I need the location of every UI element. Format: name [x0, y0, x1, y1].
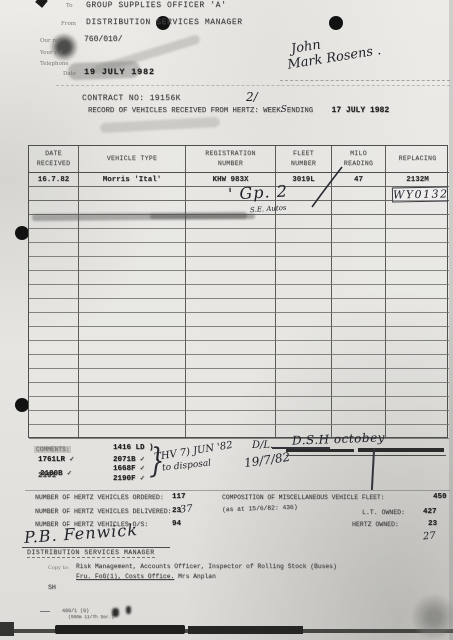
- table-cell: [276, 299, 332, 313]
- handwritten-signature-comments: D.S.H octobey: [292, 430, 385, 447]
- table-cell: [332, 327, 386, 341]
- table-cell: [276, 397, 332, 411]
- ink-smudge: [150, 214, 255, 219]
- delivered-label: NUMBER OF HERTZ VEHICLES DELIVERED:: [35, 508, 172, 515]
- table-cell: [276, 285, 332, 299]
- copies-line2-underlined: Fru. FoG(1), Costs Office.: [76, 573, 174, 580]
- header-cell: DATE RECEIVED: [29, 146, 79, 173]
- table-cell: [386, 299, 449, 313]
- hertz-owned-value: 23: [428, 520, 437, 528]
- table-cell: [386, 215, 449, 229]
- table-cell: [186, 243, 276, 257]
- table-cell: [186, 411, 276, 425]
- hertz-owned-label: HERTZ OWNED:: [352, 521, 399, 528]
- table-cell: [79, 397, 186, 411]
- table-cell: [29, 257, 79, 271]
- page-note-handwritten: 2/: [246, 90, 258, 104]
- table-row: [29, 369, 447, 383]
- your-ref-label: Your ref: [40, 50, 62, 56]
- table-cell: 2132M: [386, 173, 449, 187]
- strikethrough: [358, 448, 444, 452]
- composition-value: 450: [433, 493, 447, 501]
- table-cell: [332, 215, 386, 229]
- scan-edge: [188, 626, 303, 634]
- manager-title: DISTRIBUTION SERVICES MANAGER: [27, 549, 155, 558]
- table-row: [29, 299, 447, 313]
- table-cell: [186, 425, 276, 439]
- table-cell: [332, 313, 386, 327]
- copies-label: Copy to:: [48, 565, 69, 571]
- table-cell: [186, 355, 276, 369]
- handwritten-tick: [308, 163, 350, 211]
- table-cell: [79, 257, 186, 271]
- from-value: DISTRIBUTION SERVICES MANAGER: [86, 18, 243, 27]
- from-label: From: [61, 21, 76, 27]
- hole-punch: [15, 398, 29, 412]
- scanned-document: To GROUP SUPPLIES OFFICER 'A' From DISTR…: [0, 0, 453, 640]
- table-cell: [276, 243, 332, 257]
- table-cell: [79, 355, 186, 369]
- lt-owned-label: L.T. OWNED:: [362, 509, 405, 516]
- table-cell: [276, 383, 332, 397]
- table-row: [29, 383, 447, 397]
- table-row: [29, 397, 447, 411]
- lt-owned-value: 427: [423, 508, 437, 516]
- divider: [56, 85, 450, 86]
- table-cell: [79, 327, 186, 341]
- table-cell: [79, 299, 186, 313]
- scan-edge: [55, 625, 185, 634]
- to-label: To: [66, 3, 73, 9]
- table-cell: [29, 397, 79, 411]
- table-cell: [386, 243, 449, 257]
- table-cell: [79, 187, 186, 201]
- table-cell: 16.7.82: [29, 173, 79, 187]
- table-cell: [276, 369, 332, 383]
- comment-item: 1416 LD ): [113, 444, 154, 452]
- table-cell: [332, 229, 386, 243]
- table-cell: [79, 271, 186, 285]
- table-row: [29, 327, 447, 341]
- table-row: [29, 411, 447, 425]
- hole-punch: [329, 16, 343, 30]
- scan-smudge: [412, 594, 453, 640]
- table-cell: [332, 383, 386, 397]
- table-cell: [29, 285, 79, 299]
- table-cell: [386, 327, 449, 341]
- header-cell: REPLACING: [386, 146, 449, 173]
- hole-punch: [15, 226, 29, 240]
- table-cell: [186, 257, 276, 271]
- table-cell: [186, 313, 276, 327]
- table-cell: [29, 229, 79, 243]
- copies-initials: SH: [48, 584, 56, 591]
- table-row: [29, 257, 447, 271]
- table-cell: [332, 355, 386, 369]
- table-cell: [386, 369, 449, 383]
- comment-item: 1761LR ✓: [38, 454, 74, 464]
- contract-line: CONTRACT NO: 19156K: [82, 94, 181, 103]
- record-prefix: RECORD OF VEHICLES RECEIVED FROM HERTZ: …: [88, 107, 281, 115]
- table-cell: [186, 271, 276, 285]
- comments-label: COMMENTS:: [34, 446, 71, 453]
- table-cell: [29, 411, 79, 425]
- table-cell: [332, 411, 386, 425]
- print-note: (500m 11/7h Ser.): [68, 615, 114, 620]
- table-cell: [332, 243, 386, 257]
- header-cell: REGISTRATION NUMBER: [186, 146, 276, 173]
- table-cell: [332, 257, 386, 271]
- table-cell: [276, 313, 332, 327]
- strikethrough: [286, 455, 446, 456]
- table-cell: [186, 299, 276, 313]
- table-row: [29, 243, 447, 257]
- table-row: [29, 229, 447, 243]
- table-cell: [29, 341, 79, 355]
- as-at-note: (as at 15/6/82: 436): [222, 504, 298, 514]
- table-cell: [79, 243, 186, 257]
- handwritten-name: John Mark Rosens .: [290, 29, 382, 72]
- table-row: [29, 355, 447, 369]
- table-cell: [29, 187, 79, 201]
- ink-dot: [126, 606, 131, 614]
- table-cell: [79, 341, 186, 355]
- handwritten-dl: D/L.: [252, 440, 273, 451]
- table-cell: [276, 341, 332, 355]
- table-cell: [386, 397, 449, 411]
- handwritten-group: ' Gp. 2: [228, 181, 289, 203]
- table-cell: [29, 313, 79, 327]
- copies-line2-rest: Mrs Anplan: [174, 573, 216, 580]
- table-cell: [386, 313, 449, 327]
- table-cell: [29, 299, 79, 313]
- to-value: GROUP SUPPLIES OFFICER 'A': [86, 1, 226, 10]
- table-cell: [386, 355, 449, 369]
- corner-mark: [35, 0, 48, 8]
- table-cell: [276, 257, 332, 271]
- divider: [25, 490, 450, 491]
- date-value: 19 JULY 1982: [84, 67, 155, 77]
- table-cell: [29, 369, 79, 383]
- table-cell: [276, 327, 332, 341]
- table-cell: [386, 411, 449, 425]
- ink-dot: [112, 608, 119, 617]
- table-cell: [79, 229, 186, 243]
- table-cell: [79, 425, 186, 439]
- table-cell: [276, 215, 332, 229]
- signature-underline: [22, 547, 170, 548]
- handwritten-date: 19/7/82: [243, 450, 291, 470]
- table-cell: [276, 271, 332, 285]
- table-cell: [186, 341, 276, 355]
- table-cell: [386, 257, 449, 271]
- table-cell: [386, 271, 449, 285]
- table-cell: [332, 369, 386, 383]
- comment-item: 2190F ✓: [113, 473, 145, 483]
- table-row: [29, 341, 447, 355]
- delivered-handwritten-correction: 37: [179, 503, 193, 515]
- table-cell: [386, 425, 449, 439]
- table-cell: [332, 271, 386, 285]
- composition-label: COMPOSITION OF MISCELLANEOUS VEHICLE FLE…: [222, 494, 385, 501]
- table-cell: [386, 201, 449, 215]
- strikethrough: [286, 449, 354, 452]
- telephone-label: Telephone: [40, 61, 69, 67]
- header-cell: VEHICLE TYPE: [79, 146, 186, 173]
- record-ending: ENDING: [287, 107, 313, 115]
- table-cell: [332, 341, 386, 355]
- table-cell: [332, 397, 386, 411]
- copies-line2: Fru. FoG(1), Costs Office. Mrs Anplan: [76, 573, 216, 580]
- ordered-value: 117: [172, 493, 186, 501]
- table-row: [29, 285, 447, 299]
- record-date: 17 JULY 1982: [332, 106, 390, 115]
- comment-item: 1668F ✓: [113, 463, 145, 473]
- table-cell: [29, 383, 79, 397]
- table-cell: [332, 285, 386, 299]
- form-number: 480/1 (9): [62, 608, 89, 614]
- table-cell: [29, 355, 79, 369]
- table-cell: [276, 355, 332, 369]
- table-cell: [186, 229, 276, 243]
- table-cell: [386, 229, 449, 243]
- table-header-row: DATE RECEIVEDVEHICLE TYPEREGISTRATION NU…: [29, 146, 447, 173]
- ink-smudge: [100, 117, 220, 133]
- table-cell: [276, 411, 332, 425]
- scan-edge: [0, 622, 14, 636]
- footer-dash: [40, 611, 50, 612]
- table-cell: [186, 369, 276, 383]
- our-ref-value: 760/010/: [84, 35, 122, 44]
- table-cell: [79, 411, 186, 425]
- scan-edge: [449, 0, 453, 640]
- date-label: Date: [63, 71, 76, 77]
- table-cell: [29, 327, 79, 341]
- table-cell: [79, 383, 186, 397]
- table-cell: [186, 383, 276, 397]
- handwritten-replacing: WY0132: [392, 187, 448, 203]
- divider: [280, 80, 450, 81]
- table-cell: [276, 229, 332, 243]
- table-cell: Morris 'Ital': [79, 173, 186, 187]
- table-cell: [332, 299, 386, 313]
- table-cell: [79, 285, 186, 299]
- table-cell: [29, 271, 79, 285]
- table-row: [29, 313, 447, 327]
- table-cell: [386, 285, 449, 299]
- table-cell: [186, 327, 276, 341]
- comment-item-overstrike: 2191: [38, 472, 56, 480]
- table-cell: [79, 369, 186, 383]
- table-row: [29, 271, 447, 285]
- table-cell: [29, 425, 79, 439]
- table-cell: [79, 313, 186, 327]
- os-value: 94: [172, 520, 181, 528]
- table-cell: [186, 285, 276, 299]
- record-line: RECORD OF VEHICLES RECEIVED FROM HERTZ: …: [88, 105, 389, 115]
- hertz-owned-handwritten: 27: [423, 530, 437, 542]
- ordered-label: NUMBER OF HERTZ VEHICLES ORDERED:: [35, 494, 164, 501]
- copies-line1: Risk Management, Accounts Officer, Inspe…: [76, 563, 337, 570]
- table-cell: [186, 397, 276, 411]
- table-cell: [29, 243, 79, 257]
- table-cell: [386, 383, 449, 397]
- table-cell: [386, 341, 449, 355]
- our-ref-label: Our ref: [40, 38, 60, 44]
